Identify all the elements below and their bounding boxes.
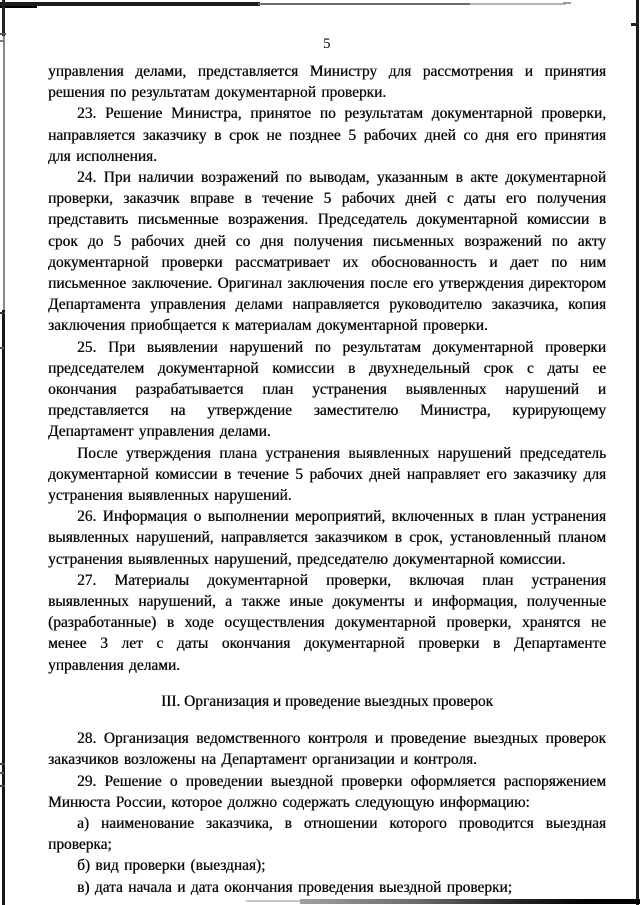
scan-artifact-top-edge-corner (0, 3, 37, 8)
scan-artifact-left-tick-3 (0, 312, 5, 314)
scan-artifact-left-line-black (2, 310, 5, 905)
list-item-b: б) вид проверки (выездная); (48, 855, 606, 876)
scan-artifact-top-edge-dark (0, 2, 260, 6)
scan-artifact-left-tick-2 (0, 40, 5, 42)
scan-artifact-top-edge-light (470, 3, 566, 5)
scan-artifact-left-line-top (2, 0, 5, 36)
scan-artifact-left-tick-1 (0, 33, 6, 35)
paragraph-27: 27. Материалы документарной проверки, вк… (48, 570, 606, 676)
scan-artifact-left-tick-4 (0, 347, 4, 349)
scan-artifact-right-tick (631, 23, 636, 26)
scanned-document-page: 5 управления делами, представляется Мини… (0, 0, 640, 905)
paragraph-25: 25. При выявлении нарушений по результат… (48, 337, 606, 443)
paragraph-23: 23. Решение Министра, принятое по резуль… (48, 103, 606, 167)
scan-artifact-top-right-tick (563, 2, 571, 4)
paragraph-continuation: управления делами, представляется Минист… (48, 61, 606, 103)
scan-artifact-bottom-bar-ext (246, 900, 302, 902)
paragraph-28: 28. Организация ведомственного контроля … (48, 728, 606, 770)
scan-artifact-bottom-bar (300, 899, 640, 904)
document-text-block: 5 управления делами, представляется Мини… (48, 34, 606, 898)
scan-artifact-left-line-gray (3, 36, 5, 310)
scan-artifact-left-tick-5 (0, 763, 5, 765)
scan-artifact-top-edge-mid (258, 3, 473, 5)
list-item-v: в) дата начала и дата окончания проведен… (48, 877, 606, 898)
scan-artifact-right-line (636, 0, 639, 905)
paragraph-25-followup: После утверждения плана устранения выявл… (48, 443, 606, 507)
paragraph-29: 29. Решение о проведении выездной провер… (48, 771, 606, 813)
scan-artifact-left-tick-7 (0, 785, 5, 787)
list-item-a: а) наименование заказчика, в отношении к… (48, 813, 606, 855)
page-number: 5 (48, 34, 606, 55)
scan-artifact-left-tick-6 (0, 772, 4, 774)
paragraph-24: 24. При наличии возражений по выводам, у… (48, 167, 606, 337)
paragraph-26: 26. Информация о выполнении мероприятий,… (48, 506, 606, 570)
section-heading: III. Организация и проведение выездных п… (48, 691, 606, 712)
